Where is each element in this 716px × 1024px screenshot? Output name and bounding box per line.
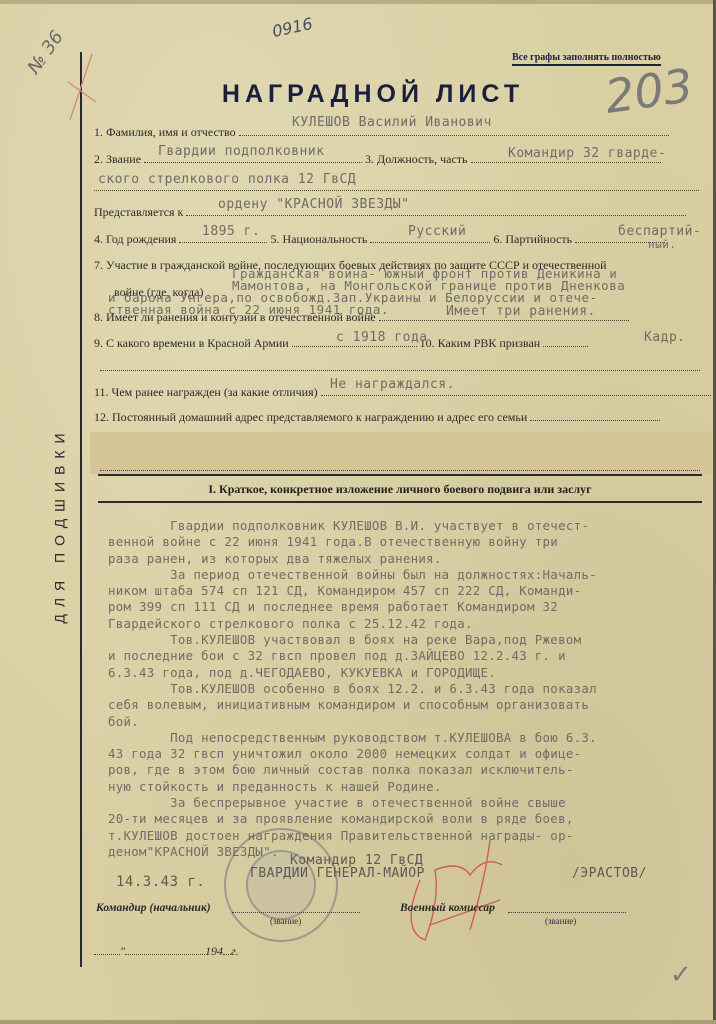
red-ink-signature-icon xyxy=(390,820,520,950)
nationality-value: Русский xyxy=(408,224,466,239)
field-label: 12. Постоянный домашний адрес представля… xyxy=(94,410,527,424)
field-label: 5. Национальность xyxy=(270,232,367,246)
field-label: 3. Должность, часть xyxy=(365,152,467,166)
paper-edge-bottom xyxy=(0,1020,716,1024)
commander-rank-caption: (звание) xyxy=(270,916,301,926)
field-label: 1. Фамилия, имя и отчество xyxy=(94,125,236,139)
rank-value: Гвардии подполковник xyxy=(158,144,325,159)
checkmark-icon: ✓ xyxy=(670,960,692,990)
commissar-rank-caption: (звание) xyxy=(545,916,576,926)
commander-label: Командир (начальник) xyxy=(96,902,211,914)
nominated-award-value: ордену "КРАСНОЙ ЗВЕЗДЫ" xyxy=(218,197,410,212)
merit-description-text: Гвардии подполковник КУЛЕШОВ В.И. участв… xyxy=(108,518,716,860)
full-name-value: КУЛЕШОВ Василий Иванович xyxy=(292,115,492,130)
field-label: 6. Партийность xyxy=(493,232,572,246)
field-label: 8. Имеет ли ранения и контузии в отечест… xyxy=(94,310,376,324)
paper-edge-top xyxy=(0,0,716,4)
field-label: 10. Каким РВК призван xyxy=(420,336,541,350)
fill-all-fields-notice: Все графы заполнять полностью xyxy=(512,52,661,66)
commissar-label: Военный комиссар xyxy=(400,902,495,914)
date-blank-suffix: г. xyxy=(231,944,239,958)
party-value: беспартий- xyxy=(618,224,701,239)
blank-line xyxy=(100,370,700,371)
address-line xyxy=(100,470,700,471)
commander-name: /ЭРАСТОВ/ xyxy=(572,866,647,881)
position-value: Командир 32 гварде- xyxy=(508,146,666,161)
date-blank: "194г. xyxy=(94,944,239,959)
field-label: 11. Чем ранее награжден (за какие отличи… xyxy=(94,385,318,399)
signature-date: 14.3.43 г. xyxy=(116,874,205,890)
binding-label: ДЛЯ ПОДШИВКИ xyxy=(48,380,72,670)
binding-label-text: ДЛЯ ПОДШИВКИ xyxy=(52,426,68,623)
position-value-cont: ского стрелкового полка 12 ГвСД xyxy=(98,172,356,187)
field-label: 4. Год рождения xyxy=(94,232,176,246)
section-rule-top xyxy=(98,474,702,476)
field-birth-year: 4. Год рождения 5. Национальность 6. Пар… xyxy=(94,232,665,247)
field-label: Представляется к xyxy=(94,205,183,219)
previous-awards-value: Не награждался. xyxy=(330,377,455,392)
document-title: НАГРАДНОЙ ЛИСТ xyxy=(0,80,716,109)
field-label: 9. С какого времени в Красной Армии xyxy=(94,336,289,350)
wounds-value: Имеет три ранения. xyxy=(446,304,596,319)
commissar-signature-line xyxy=(508,902,626,917)
army-since-value: с 1918 года xyxy=(336,330,428,345)
field-home-address: 12. Постоянный домашний адрес представля… xyxy=(94,410,660,425)
commander-signature-line xyxy=(232,902,360,917)
field-label: 2. Звание xyxy=(94,152,141,166)
section-heading: I. Краткое, конкретное изложение личного… xyxy=(98,482,702,497)
date-blank-year: 194 xyxy=(205,944,223,958)
home-address-redacted-area xyxy=(90,432,712,474)
draft-office-value: Кадр. xyxy=(644,330,686,345)
section-rule-bottom xyxy=(98,501,702,503)
binding-margin-rule xyxy=(80,52,82,967)
party-value-cont: ный. xyxy=(648,238,677,251)
birth-year-value: 1895 г. xyxy=(202,224,260,239)
